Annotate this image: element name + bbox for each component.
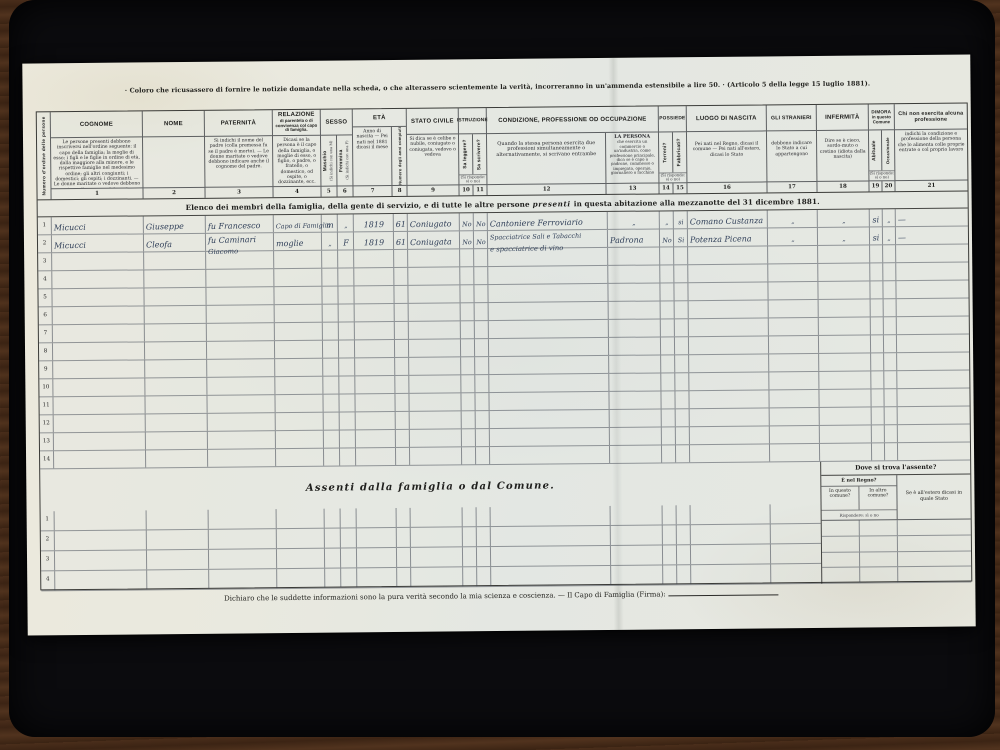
cell-persona: „ <box>608 211 660 228</box>
empty-cell <box>490 428 610 446</box>
cell-infermita: „ <box>818 227 870 244</box>
cell-luogo-nascita: Comano Custanza <box>688 210 768 228</box>
col-num: 4 <box>273 186 320 197</box>
empty-cell <box>475 357 489 374</box>
subcol-label: Abituale <box>872 140 877 161</box>
empty-cell <box>608 265 660 282</box>
row-number: 4 <box>38 271 52 288</box>
col-title: Chi non esercita alcuna professione <box>895 103 967 130</box>
empty-cell <box>207 395 275 413</box>
empty-cell <box>355 340 395 357</box>
column-header-sesso: SESSO Maschio (Si indichi con una M) 5 F… <box>321 109 354 196</box>
col-title: ISTRUZIONE <box>459 108 486 134</box>
absent-box-row <box>822 567 971 584</box>
subcolumn-fabbricati: Fabbricati? <box>672 132 686 172</box>
empty-cell <box>676 427 690 444</box>
empty-cell <box>884 317 897 334</box>
empty-cell <box>325 549 341 568</box>
empty-cell <box>208 449 276 467</box>
col-num: 15 <box>673 183 686 193</box>
empty-cell <box>822 568 860 583</box>
empty-cell <box>208 431 276 449</box>
empty-cell <box>677 545 691 564</box>
empty-cell <box>897 316 969 334</box>
empty-cell <box>145 378 207 396</box>
empty-cell <box>54 432 146 450</box>
empty-cell <box>460 285 474 302</box>
empty-cell <box>897 334 969 352</box>
empty-cell <box>357 548 397 567</box>
empty-cell <box>410 429 462 446</box>
empty-cell <box>322 251 338 268</box>
col-num: 7 <box>353 185 391 196</box>
row-number: 1 <box>41 511 55 530</box>
empty-cell <box>147 530 209 550</box>
cell-stato-civile: Coniugata <box>408 231 460 248</box>
empty-cell <box>872 425 885 442</box>
empty-cell <box>489 338 609 356</box>
subcolumn-femmina: Femmina (Si indichi con una F) 6 <box>336 135 352 196</box>
empty-cell <box>339 394 355 411</box>
absent-title: Assenti dalla famiglia o dal Comune. <box>306 480 555 493</box>
empty-cell <box>396 448 410 465</box>
empty-cell <box>409 339 461 356</box>
cell-cognome: Micucci <box>52 216 144 234</box>
empty-cell <box>207 305 275 323</box>
subcol-desc: LA PERSONA che esercita un commercio o u… <box>606 132 658 182</box>
col-desc: Dicasi se la persona è il capo della fam… <box>273 136 320 186</box>
empty-cell <box>324 449 340 466</box>
row-number: 9 <box>39 361 53 378</box>
subcol-label: Numero degli anni compiuti <box>397 127 403 185</box>
col-num: 20 <box>882 181 894 191</box>
empty-cell <box>397 548 411 567</box>
empty-cell <box>274 287 322 304</box>
empty-cell <box>275 395 323 412</box>
empty-cell <box>884 335 897 352</box>
empty-cell <box>690 444 770 462</box>
empty-cell <box>411 527 463 546</box>
cell-paternita: fu CaminariGiacomo <box>206 233 274 251</box>
empty-cell <box>276 431 324 448</box>
column-header-stato-civile: STATO CIVILE Si dica se è celibe o nubil… <box>407 108 460 195</box>
cell-anno-nascita: 1819 <box>354 214 394 231</box>
empty-cell <box>460 267 474 284</box>
empty-cell <box>883 245 896 262</box>
col-desc: debbono indicare lo Stato a cui apparten… <box>767 131 816 181</box>
empty-cell <box>611 565 663 584</box>
empty-cell <box>769 390 819 407</box>
empty-cell <box>325 569 341 588</box>
empty-cell <box>691 524 771 544</box>
empty-cell <box>689 336 769 354</box>
empty-cell <box>898 520 971 535</box>
empty-cell <box>396 430 410 447</box>
empty-cell <box>476 411 490 428</box>
empty-cell <box>818 281 870 298</box>
col-desc: Le persone presenti debbono inscriversi … <box>51 137 142 188</box>
cell-nome: Cleofa <box>144 234 206 252</box>
column-header-stranieri: GLI STRANIERI debbono indicare lo Stato … <box>767 105 818 192</box>
absent-title-area: Assenti dalla famiglia o dal Comune. <box>40 462 820 511</box>
empty-cell <box>476 447 490 464</box>
empty-cell <box>463 527 477 546</box>
empty-cell <box>463 547 477 566</box>
col-num: 9 <box>407 184 458 195</box>
col-title: DIMORA in questo Comune <box>869 104 894 130</box>
empty-cell <box>147 510 209 530</box>
empty-cell <box>341 528 357 547</box>
col-title: GLI STRANIERI <box>767 105 816 131</box>
row-number-axis: Numero d'ordine delle persone <box>37 112 52 199</box>
empty-cell <box>409 393 461 410</box>
empty-cell <box>322 269 338 286</box>
empty-cell <box>461 375 475 392</box>
cell-infermita: „ <box>818 209 870 226</box>
empty-cell <box>661 301 675 318</box>
empty-cell <box>277 549 325 568</box>
empty-cell <box>675 301 689 318</box>
empty-cell <box>53 324 145 342</box>
col-title: SESSO <box>321 109 352 135</box>
empty-cell <box>871 299 884 316</box>
empty-cell <box>207 323 275 341</box>
empty-cell <box>819 299 871 316</box>
empty-cell <box>818 245 870 262</box>
empty-cell <box>394 286 408 303</box>
empty-cell <box>53 306 145 324</box>
empty-cell <box>819 353 871 370</box>
subcolumn-anno-nascita: Anno di nascita — Pei nati nel 1881 dica… <box>353 127 393 196</box>
empty-cell <box>144 252 206 270</box>
empty-cell <box>409 303 461 320</box>
cell-paternita: fu Francesco <box>206 215 274 233</box>
empty-cell <box>897 352 969 370</box>
column-header-nome: NOME 2 <box>143 111 206 199</box>
subcol-label: Sa leggere? <box>463 140 468 169</box>
empty-cell <box>145 396 207 414</box>
empty-cell <box>677 505 691 524</box>
cell-chi-non-esercita: — <box>896 208 968 226</box>
col-desc: Dire se è cieco, sordo-muto o cretino (i… <box>817 130 868 180</box>
subcol-note: (Si indichi con una F) <box>345 141 349 180</box>
empty-cell <box>408 267 460 284</box>
empty-cell <box>661 337 675 354</box>
col-title: LUOGO DI NASCITA <box>687 105 766 132</box>
empty-cell <box>410 447 462 464</box>
empty-cell <box>897 298 969 316</box>
empty-cell <box>475 375 489 392</box>
empty-cell <box>339 304 355 321</box>
cell-luogo-nascita: Potenza Picena <box>688 228 768 246</box>
empty-cell <box>277 569 325 588</box>
empty-cell <box>395 376 409 393</box>
cell-terreni: „ <box>660 211 674 228</box>
empty-cell <box>476 429 490 446</box>
empty-cell <box>354 268 394 285</box>
empty-cell <box>871 389 884 406</box>
cell-stato-civile: Coniugato <box>408 213 460 230</box>
cell-straniero: „ <box>768 228 818 245</box>
empty-cell <box>885 425 898 442</box>
empty-cell <box>146 432 208 450</box>
empty-cell <box>611 545 663 564</box>
census-table: Numero d'ordine delle persone COGNOME Le… <box>36 102 973 590</box>
empty-cell <box>491 546 611 566</box>
empty-cell <box>609 391 661 408</box>
census-form-sheet: · Coloro che ricusassero di fornire le n… <box>22 54 975 635</box>
empty-cell <box>275 359 323 376</box>
col-subtitle: in questo Comune <box>870 115 893 125</box>
empty-cell <box>860 520 898 535</box>
empty-cell <box>145 324 207 342</box>
cell-sesso-f: F <box>338 232 354 249</box>
empty-cell <box>819 371 871 388</box>
absent-box-subheader: È nel Regno? In questo comune? In altro … <box>821 474 970 521</box>
absent-box-title: Dove si trova l'assente? <box>821 460 970 475</box>
empty-cell <box>872 443 885 460</box>
empty-cell <box>884 353 897 370</box>
cell-terreni: No <box>660 229 674 246</box>
cell-sesso-m: „ <box>322 233 338 250</box>
empty-cell <box>769 372 819 389</box>
empty-cell <box>898 535 971 550</box>
col-num: 1 <box>51 187 142 199</box>
empty-cell <box>872 407 885 424</box>
empty-cell <box>397 568 411 587</box>
empty-cell <box>609 301 661 318</box>
empty-cell <box>770 444 820 461</box>
empty-cell <box>355 304 395 321</box>
column-header-chi-non-esercita: Chi non esercita alcuna professione indi… <box>895 103 968 191</box>
empty-cell <box>409 375 461 392</box>
absent-estero-label: Se è all'estero dicasi in quale Stato <box>897 474 970 519</box>
col-num: 10 <box>459 185 473 195</box>
empty-cell <box>338 250 354 267</box>
empty-cell <box>677 565 691 584</box>
empty-cell <box>768 246 818 263</box>
empty-cell <box>209 549 277 569</box>
absent-section: Assenti dalla famiglia o dal Comune. 1 <box>40 460 971 591</box>
absent-regno-questions: In questo comune? In altro comune? <box>821 486 896 510</box>
cell-anni: 61 <box>394 232 408 249</box>
empty-cell <box>663 545 677 564</box>
empty-cell <box>477 527 491 546</box>
cell-relazione: moglie <box>274 233 322 250</box>
cell-sa-scrivere: No <box>474 231 488 248</box>
empty-cell <box>339 322 355 339</box>
empty-cell <box>461 393 475 410</box>
cell-sa-leggere: No <box>460 231 474 248</box>
empty-cell <box>460 249 474 266</box>
empty-cell <box>608 283 660 300</box>
empty-cell <box>354 286 394 303</box>
col-title: CONDIZIONE, PROFESSIONE OD OCCUPAZIONE <box>487 106 658 134</box>
empty-cell <box>885 407 898 424</box>
empty-cell <box>609 319 661 336</box>
cell-anno-nascita: 1819 <box>354 232 394 249</box>
empty-cell <box>870 245 883 262</box>
empty-cell <box>661 391 675 408</box>
empty-cell <box>674 283 688 300</box>
empty-cell <box>898 406 970 424</box>
row-number: 1 <box>38 217 52 234</box>
subcolumn-sa-scrivere: Sa scrivere? <box>472 134 486 174</box>
empty-cell <box>395 322 409 339</box>
cell-chi-non-esercita: — <box>896 226 968 244</box>
empty-cell <box>275 341 323 358</box>
empty-cell <box>822 552 860 567</box>
empty-cell <box>206 269 274 287</box>
empty-cell <box>898 551 971 566</box>
empty-cell <box>397 508 411 527</box>
subcol-desc: Anno di nascita — Pei nati nel 1881 dica… <box>353 127 392 185</box>
empty-cell <box>860 567 898 582</box>
empty-cell <box>768 264 818 281</box>
empty-cell <box>769 300 819 317</box>
col-desc: indichi la condizione e professione dell… <box>895 129 967 180</box>
empty-cell <box>277 529 325 548</box>
empty-cell <box>357 528 397 547</box>
empty-cell <box>408 285 460 302</box>
subcolumn-sa-leggere: Sa leggere? <box>459 134 473 174</box>
empty-cell <box>52 288 144 306</box>
empty-cell <box>690 408 770 426</box>
col-title: COGNOME <box>51 111 142 138</box>
empty-cell <box>474 285 488 302</box>
row-number: 13 <box>40 433 54 450</box>
empty-cell <box>690 426 770 444</box>
subcolumn-maschio: Maschio (Si indichi con una M) 5 <box>321 136 337 197</box>
col-num: 8 <box>393 185 407 196</box>
empty-cell <box>394 250 408 267</box>
empty-cell <box>53 342 145 360</box>
empty-cell <box>275 323 323 340</box>
cell-fabbricati: si <box>674 211 688 228</box>
row-number: 8 <box>39 343 53 360</box>
empty-cell <box>355 358 395 375</box>
empty-cell <box>883 281 896 298</box>
col-nums: 19 20 <box>869 180 894 191</box>
col-num: 21 <box>895 179 967 191</box>
empty-cell <box>341 548 357 567</box>
row-number: 6 <box>39 307 53 324</box>
empty-cell <box>675 319 689 336</box>
empty-cell <box>689 318 769 336</box>
empty-cell <box>477 547 491 566</box>
empty-cell <box>209 529 277 549</box>
empty-cell <box>355 322 395 339</box>
empty-cell <box>147 550 209 570</box>
empty-cell <box>822 536 860 551</box>
column-header-possiede: POSSIEDE Terreni? Fabbricati? (Si rispon… <box>659 106 688 193</box>
empty-cell <box>489 356 609 374</box>
subcol-label: Femmina <box>339 149 344 172</box>
declaration-text: Dichiaro che le suddette informazioni so… <box>224 590 666 602</box>
empty-cell <box>341 508 357 527</box>
subcol-label: Terreni? <box>663 142 668 162</box>
subcol-label: Sa scrivere? <box>477 139 482 170</box>
empty-cell <box>691 544 771 564</box>
empty-cell <box>675 373 689 390</box>
empty-cell <box>145 360 207 378</box>
empty-cell <box>461 339 475 356</box>
empty-cell <box>396 412 410 429</box>
empty-cell <box>54 450 146 468</box>
empty-cell <box>490 410 610 428</box>
row-number: 2 <box>38 235 52 252</box>
subcol-label: Occasionale <box>885 137 890 164</box>
col-desc: Si dica se è celibe o nubile, coniugato … <box>407 134 458 184</box>
empty-cell <box>475 339 489 356</box>
row-number: 3 <box>38 253 52 270</box>
empty-cell <box>340 430 356 447</box>
subcolumn-professioni: Quando la stessa persona esercita due pr… <box>487 133 607 195</box>
empty-cell <box>663 525 677 544</box>
col-num: 17 <box>767 181 816 192</box>
empty-cell <box>207 341 275 359</box>
col-num: 3 <box>205 186 272 198</box>
empty-cell <box>860 552 898 567</box>
empty-cell <box>610 445 662 462</box>
empty-cell <box>819 335 871 352</box>
empty-cell <box>689 300 769 318</box>
cell-dimora-occasionale: „ <box>883 227 896 244</box>
cell-fabbricati: Si <box>674 229 688 246</box>
empty-cell <box>323 359 339 376</box>
cell-dimora-occasionale: „ <box>883 209 896 226</box>
row-number: 2 <box>41 531 55 550</box>
subcol-label: Fabbricati? <box>677 138 682 166</box>
absent-box-row <box>822 520 971 537</box>
empty-cell <box>323 323 339 340</box>
empty-cell <box>354 250 394 267</box>
empty-cell <box>611 505 663 524</box>
col-title: POSSIEDE <box>659 106 686 132</box>
empty-cell <box>209 509 277 529</box>
subcolumn-abituale: Abituale <box>869 130 882 170</box>
empty-cell <box>323 305 339 322</box>
subcol-note: (Si indichi con una M) <box>329 140 333 180</box>
absent-box-row <box>822 535 971 552</box>
empty-cell <box>323 341 339 358</box>
empty-cell <box>207 377 275 395</box>
empty-cell <box>339 340 355 357</box>
empty-cell <box>355 394 395 411</box>
empty-cell <box>820 407 872 424</box>
empty-cell <box>676 409 690 426</box>
empty-cell <box>208 413 276 431</box>
empty-cell <box>206 287 274 305</box>
col-title: ETÀ <box>353 109 406 128</box>
empty-cell <box>820 443 872 460</box>
empty-cell <box>819 317 871 334</box>
absent-box-row <box>822 551 971 568</box>
empty-cell <box>660 265 674 282</box>
empty-cell <box>662 427 676 444</box>
empty-cell <box>275 377 323 394</box>
empty-cell <box>689 390 769 408</box>
empty-cell <box>144 270 206 288</box>
cell-cognome: Micucci <box>52 234 144 252</box>
row-number: 12 <box>40 415 54 432</box>
empty-cell <box>896 280 968 298</box>
column-header-cognome: COGNOME Le persone presenti debbono insc… <box>51 111 144 199</box>
empty-cell <box>769 336 819 353</box>
empty-cell <box>339 358 355 375</box>
empty-cell <box>491 506 611 526</box>
empty-cell <box>662 445 676 462</box>
